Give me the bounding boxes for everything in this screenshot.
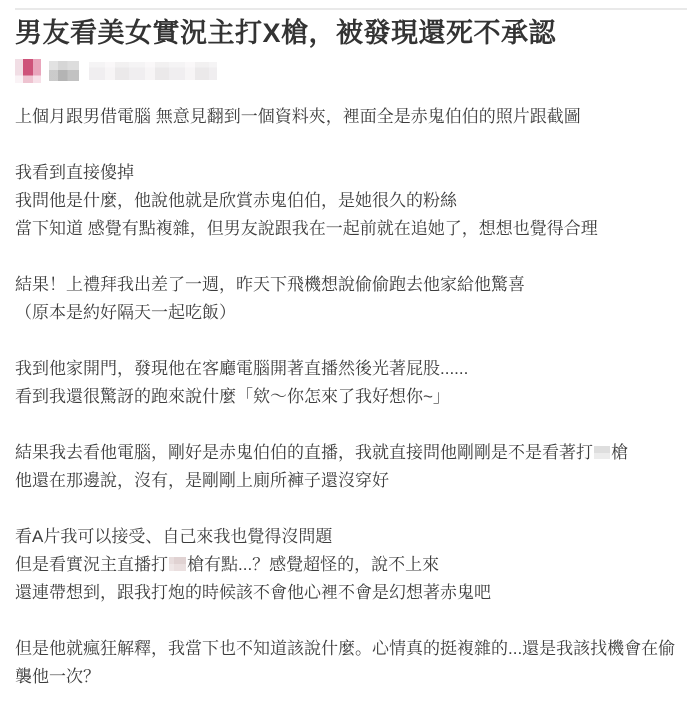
post-line: 看A片我可以接受、自己來我也覺得沒問題 — [15, 523, 687, 551]
paragraph-4: 我到他家開門，發現他在客廳電腦開著直播然後光著屁股...... 看到我還很驚訝的… — [15, 355, 687, 411]
post-line-with-censor: 結果我去看他電腦，剛好是赤鬼伯伯的直播，我就直接問他剛剛是不是看著打槍 — [15, 439, 687, 467]
post-line-with-censor: 但是看實況主直播打槍有點...？感覺超怪的，說不上來 — [15, 551, 687, 579]
post-line: 我到他家開門，發現他在客廳電腦開著直播然後光著屁股...... — [15, 355, 687, 383]
line-text-before-censor: 但是看實況主直播打 — [15, 555, 168, 574]
line-text-before-censor: 結果我去看他電腦，剛好是赤鬼伯伯的直播，我就直接問他剛剛是不是看著打 — [15, 443, 593, 462]
post-line: 當下知道 感覺有點複雜，但男友說跟我在一起前就在追她了，想想也覺得合理 — [15, 215, 687, 243]
paragraph-5: 結果我去看他電腦，剛好是赤鬼伯伯的直播，我就直接問他剛剛是不是看著打槍 他還在那… — [15, 439, 687, 495]
post-line: 我問他是什麼，他說他就是欣賞赤鬼伯伯，是她很久的粉絲 — [15, 187, 687, 215]
post-line: （原本是約好隔天一起吃飯） — [15, 299, 687, 327]
post-body: 上個月跟男借電腦 無意見翻到一個資料夾，裡面全是赤鬼伯伯的照片跟截圖 我看到直接… — [15, 103, 687, 691]
post-page: 男友看美女實況主打X槍，被發現還死不承認 上個月跟男借電腦 無意見翻到一個資料夾… — [0, 8, 700, 701]
line-text-after-censor: 槍 — [611, 443, 628, 462]
paragraph-6: 看A片我可以接受、自己來我也覺得沒問題 但是看實況主直播打槍有點...？感覺超怪… — [15, 523, 687, 607]
line-text-after-censor: 槍有點...？感覺超怪的，說不上來 — [187, 555, 439, 574]
author-meta-redacted — [89, 62, 217, 80]
paragraph-1: 上個月跟男借電腦 無意見翻到一個資料夾，裡面全是赤鬼伯伯的照片跟截圖 — [15, 103, 687, 131]
paragraph-7: 但是他就瘋狂解釋，我當下也不知道該說什麼。心情真的挺複雜的...還是我該找機會在… — [15, 635, 687, 691]
post-line: 看到我還很驚訝的跑來說什麼「欸～你怎來了我好想你~」 — [15, 383, 687, 411]
censored-word-block — [594, 446, 610, 459]
post-title: 男友看美女實況主打X槍，被發現還死不承認 — [15, 16, 687, 50]
author-row — [15, 59, 687, 83]
post-line: 上個月跟男借電腦 無意見翻到一個資料夾，裡面全是赤鬼伯伯的照片跟截圖 — [15, 103, 687, 131]
post-line: 還連帶想到，跟我打炮的時候該不會他心裡不會是幻想著赤鬼吧 — [15, 579, 687, 607]
top-divider — [15, 8, 687, 10]
post-line: 結果！上禮拜我出差了一週，昨天下飛機想說偷偷跑去他家給他驚喜 — [15, 271, 687, 299]
post-line: 他還在那邊說，沒有，是剛剛上廁所褲子還沒穿好 — [15, 467, 687, 495]
author-name-redacted — [49, 61, 79, 81]
paragraph-3: 結果！上禮拜我出差了一週，昨天下飛機想說偷偷跑去他家給他驚喜 （原本是約好隔天一… — [15, 271, 687, 327]
paragraph-2: 我看到直接傻掉 我問他是什麼，他說他就是欣賞赤鬼伯伯，是她很久的粉絲 當下知道 … — [15, 159, 687, 243]
author-avatar-redacted — [15, 59, 41, 83]
post-line: 但是他就瘋狂解釋，我當下也不知道該說什麼。心情真的挺複雜的...還是我該找機會在… — [15, 635, 687, 691]
censored-word-block — [169, 557, 186, 571]
post-line: 我看到直接傻掉 — [15, 159, 687, 187]
